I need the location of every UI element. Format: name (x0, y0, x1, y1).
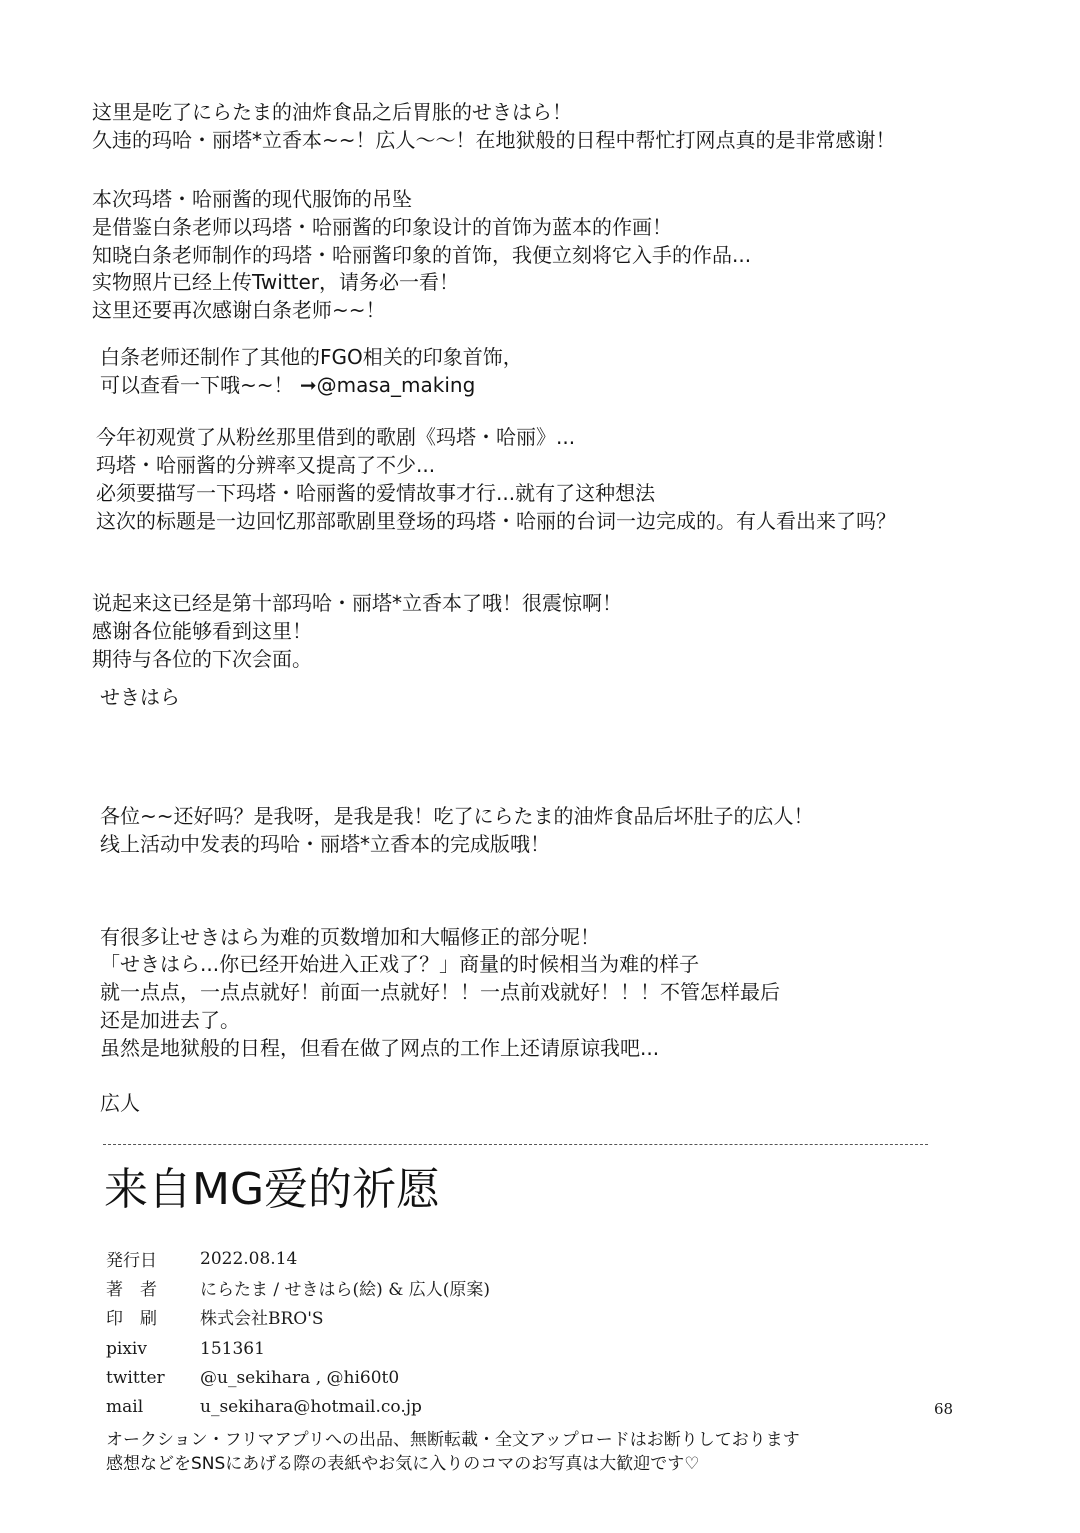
page-number: 68 (934, 1400, 953, 1418)
colophon-value: u_sekihara@hotmail.co.jp (200, 1397, 422, 1417)
text-line: 有很多让せきはら为难的页数增加和大幅修正的部分呢！ (100, 924, 600, 950)
text-line: 线上活动中发表的玛哈・丽塔*立香本的完成版哦！ (100, 831, 550, 857)
text-line: 「せきはら...你已经开始进入正戏了？」商量的时候相当为难的样子 (100, 951, 699, 977)
colophon-value: 株式会社BRO'S (200, 1304, 324, 1329)
colophon-row-pixiv: pixiv 151361 (106, 1334, 490, 1363)
text-line: 期待与各位的下次会面。 (92, 646, 312, 672)
text-line: 实物照片已经上传Twitter，请务必一看！ (92, 269, 459, 295)
colophon-row-authors: 著 者 にらたま / せきはら(絵) & 広人(原案) (106, 1273, 490, 1302)
colophon-label: mail (106, 1397, 200, 1417)
notice-line: オークション・フリマアプリへの出品、無断転載・全文アップロードはお断りしておりま… (106, 1428, 800, 1452)
colophon: 発行日 2022.08.14 著 者 にらたま / せきはら(絵) & 広人(原… (106, 1244, 490, 1421)
text-line: 玛塔・哈丽酱的分辨率又提高了不少... (96, 452, 435, 478)
text-line: 知晓白条老师制作的玛塔・哈丽酱印象的首饰，我便立刻将它入手的作品... (92, 242, 751, 268)
text-line: 还是加进去了。 (100, 1007, 240, 1033)
colophon-label: twitter (106, 1368, 200, 1388)
colophon-row-twitter: twitter @u_sekihara , @hi60t0 (106, 1363, 490, 1392)
book-title: 来自MG爱的祈愿 (104, 1162, 440, 1218)
signature-hiroto: 広人 (100, 1090, 140, 1116)
text-line: 虽然是地狱般的日程，但看在做了网点的工作上还请原谅我吧... (100, 1035, 659, 1061)
text-line: 这里还要再次感谢白条老师~~！ (92, 297, 386, 323)
text-line: 是借鉴白条老师以玛塔・哈丽酱的印象设计的首饰为蓝本的作画！ (92, 214, 672, 240)
text-line: 必须要描写一下玛塔・哈丽酱的爱情故事才行...就有了这种想法 (96, 480, 655, 506)
text-line: 今年初观赏了从粉丝那里借到的歌剧《玛塔・哈丽》... (96, 424, 575, 450)
colophon-row-mail: mail u_sekihara@hotmail.co.jp (106, 1392, 490, 1421)
colophon-label: 発行日 (106, 1246, 200, 1271)
text-line: 就一点点，一点点就好！前面一点就好！！一点前戏就好！！！不管怎样最后 (100, 979, 780, 1005)
colophon-label: pixiv (106, 1339, 200, 1359)
colophon-label: 著 者 (106, 1275, 200, 1300)
colophon-value: 2022.08.14 (200, 1249, 297, 1269)
colophon-row-publish-date: 発行日 2022.08.14 (106, 1244, 490, 1273)
colophon-row-printer: 印 刷 株式会社BRO'S (106, 1302, 490, 1331)
colophon-label: 印 刷 (106, 1304, 200, 1329)
colophon-value: 151361 (200, 1339, 265, 1359)
notice-line: 感想などをSNSにあげる際の表紙やお気に入りのコマのお写真は大歓迎です♡ (106, 1452, 700, 1476)
text-line: 这里是吃了にらたま的油炸食品之后胃胀的せきはら！ (92, 99, 572, 125)
colophon-value: @u_sekihara , @hi60t0 (200, 1368, 399, 1388)
text-line: 感谢各位能够看到这里！ (92, 618, 312, 644)
text-line: 本次玛塔・哈丽酱的现代服饰的吊坠 (92, 186, 412, 212)
text-line: 可以查看一下哦~~！ ➞@masa_making (100, 372, 475, 398)
signature-sekihara: せきはら (100, 684, 180, 710)
text-line: 白条老师还制作了其他的FGO相关的印象首饰， (100, 344, 523, 370)
text-line: 说起来这已经是第十部玛哈・丽塔*立香本了哦！很震惊啊！ (92, 590, 622, 616)
colophon-value: にらたま / せきはら(絵) & 広人(原案) (200, 1275, 490, 1300)
text-line: 久违的玛哈・丽塔*立香本~~！広人～～！在地狱般的日程中帮忙打网点真的是非常感谢… (92, 127, 896, 153)
dashed-divider (103, 1144, 928, 1145)
text-line: 这次的标题是一边回忆那部歌剧里登场的玛塔・哈丽的台词一边完成的。有人看出来了吗？ (96, 508, 896, 534)
text-line: 各位~~还好吗？是我呀，是我是我！吃了にらたま的油炸食品后坏肚子的広人！ (100, 803, 814, 829)
